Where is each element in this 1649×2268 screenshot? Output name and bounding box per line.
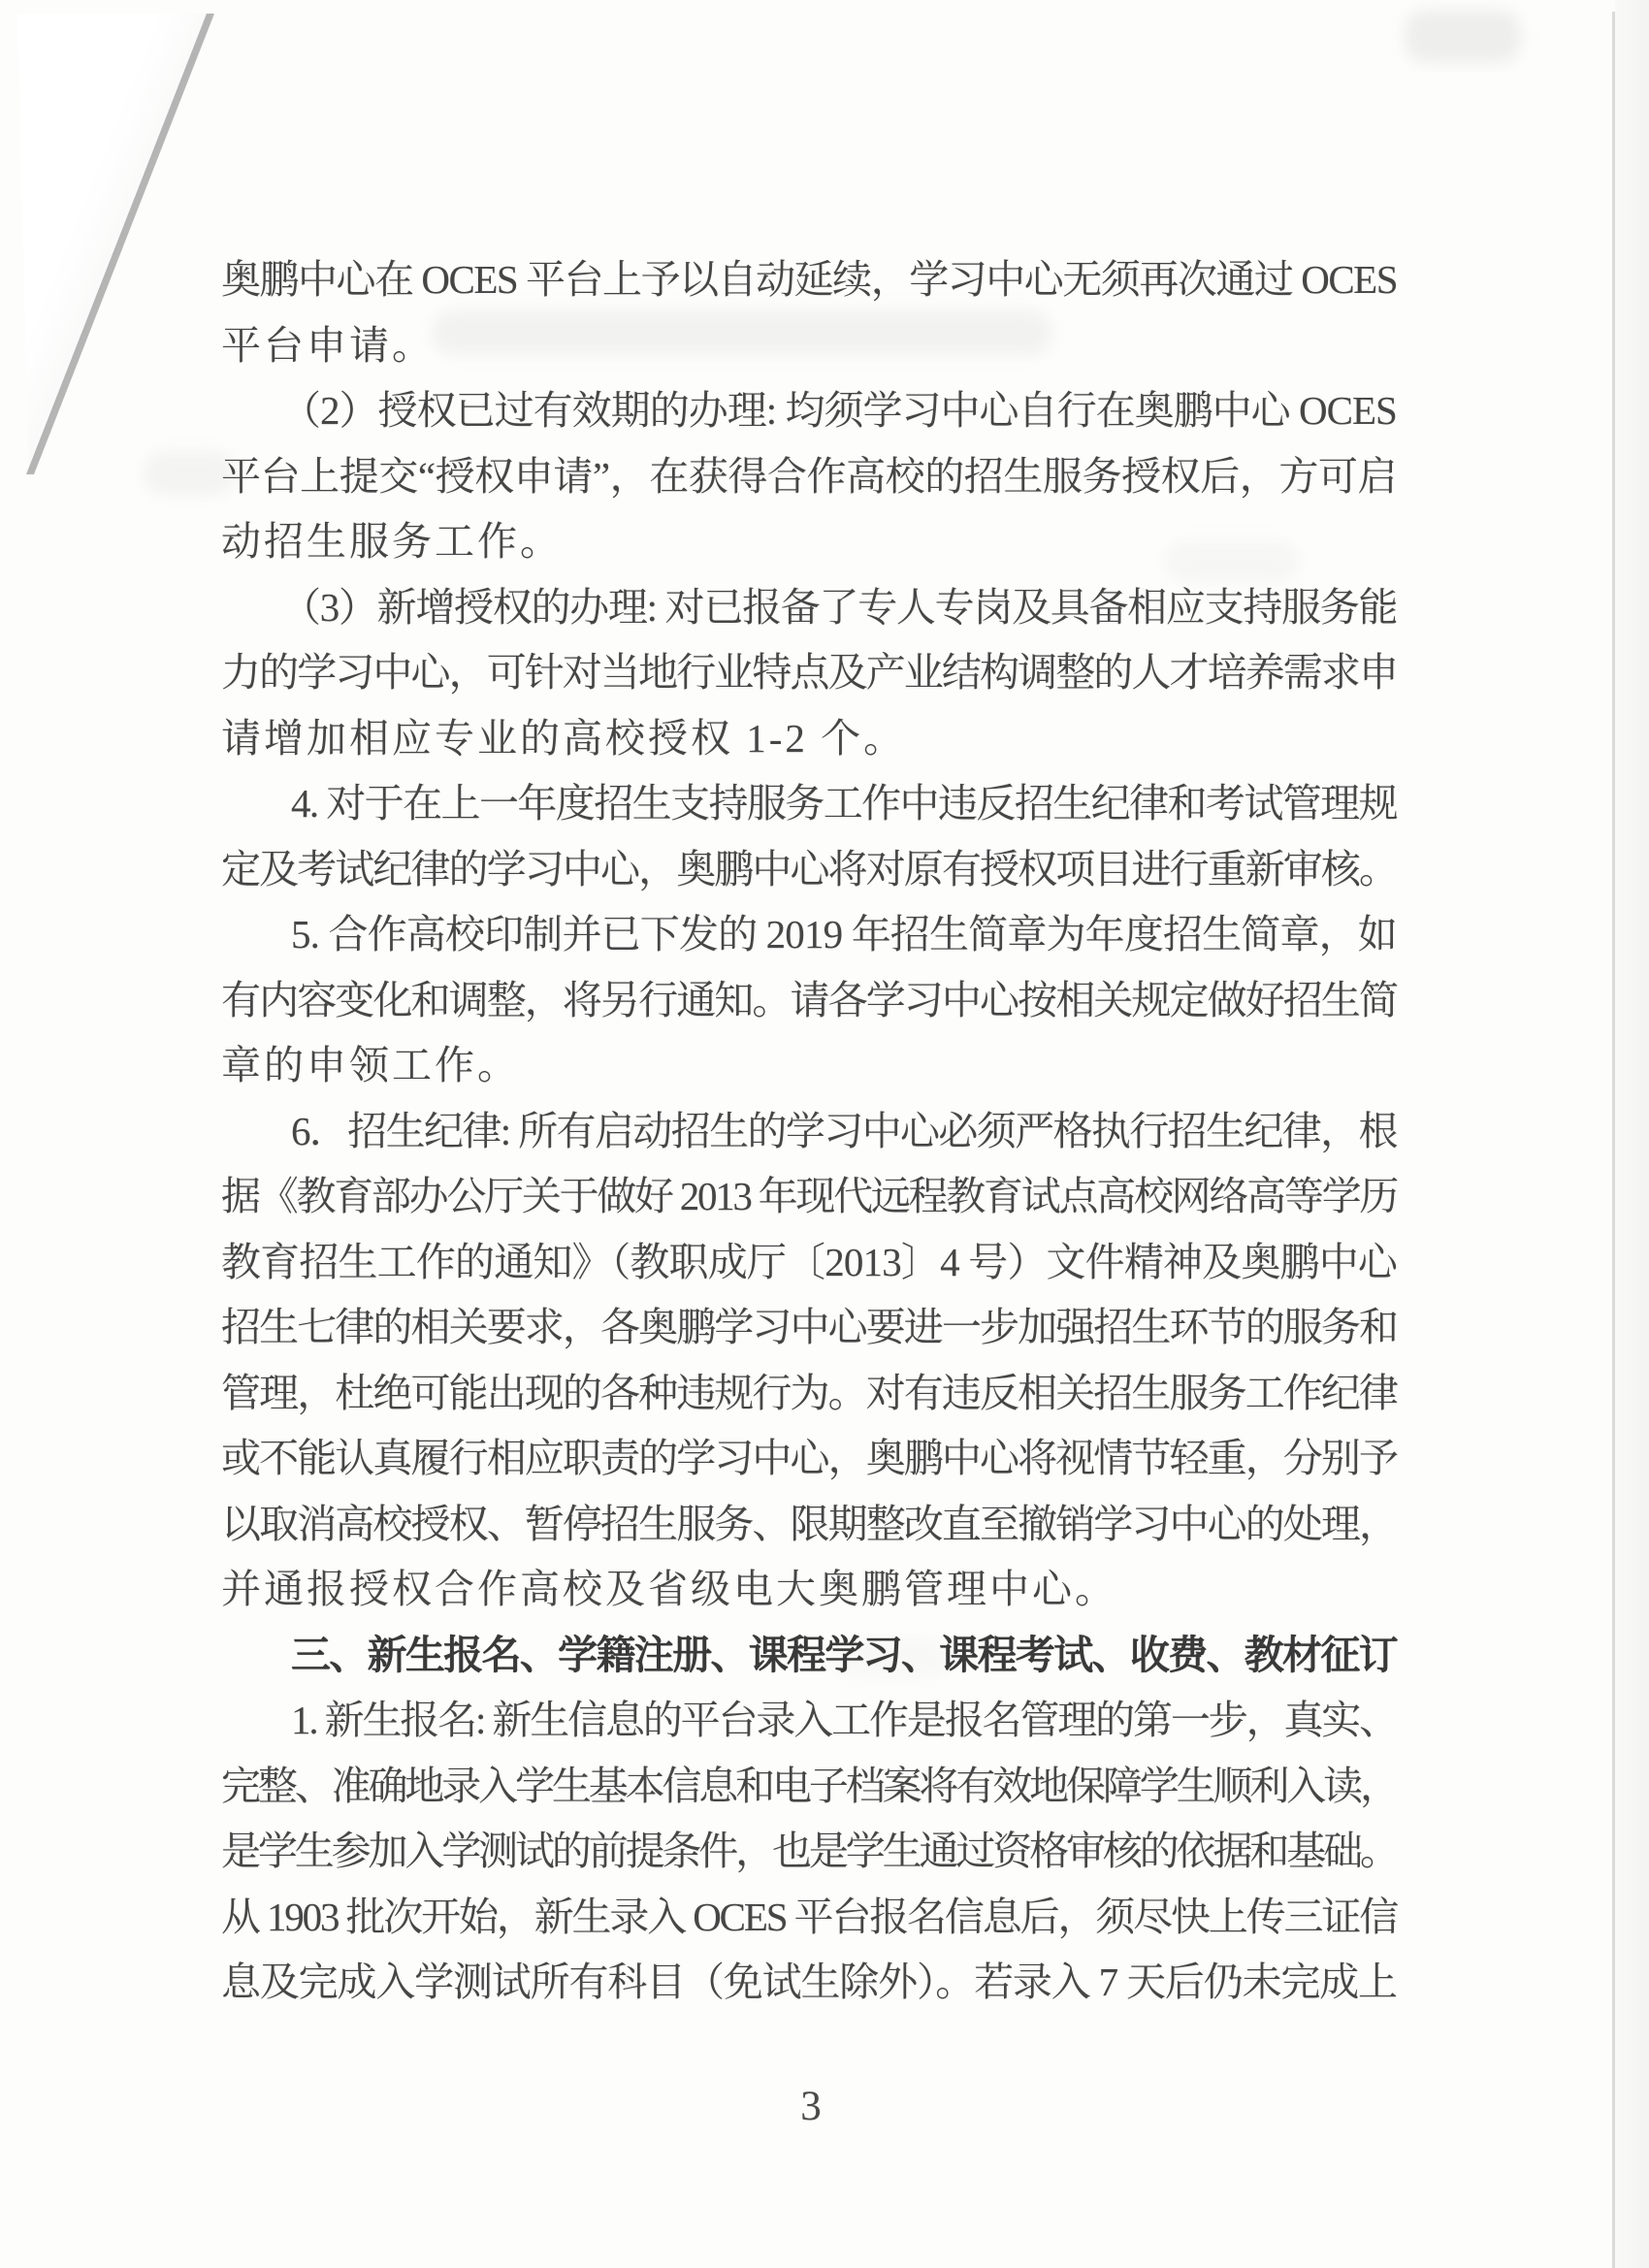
text-line-content: 并通报授权合作高校及省级电大奥鹏管理中心。 xyxy=(221,1567,1117,1611)
text-line-content: 平台申请。 xyxy=(221,323,435,368)
text-line-content: 有内容变化和调整，将另行通知。请各学习中心按相关规定做好招生简 xyxy=(221,978,1397,1022)
text-line: 招生七律的相关要求，各奥鹏学习中心要进一步加强招生环节的服务和 xyxy=(221,1295,1397,1361)
text-line-content: 完整、准确地录入学生基本信息和电子档案将有效地保障学生顺利入读， xyxy=(221,1764,1397,1808)
text-line: 教育招生工作的通知》（教职成厅〔2013〕4 号）文件精神及奥鹏中心 xyxy=(221,1230,1397,1296)
text-line: 是学生参加入学测试的前提条件，也是学生通过资格审核的依据和基础。 xyxy=(221,1819,1397,1885)
document-text-block: 奥鹏中心在 OCES 平台上予以自动延续，学习中心无须再次通过 OCES平台申请… xyxy=(221,247,1397,2016)
text-line: 管理，杜绝可能出现的各种违规行为。对有违反相关招生服务工作纪律 xyxy=(221,1361,1397,1427)
text-line: 奥鹏中心在 OCES 平台上予以自动延续，学习中心无须再次通过 OCES xyxy=(221,247,1397,313)
text-line-content: （3）新增授权的办理: 对已报备了专人专岗及具备相应支持服务能 xyxy=(281,585,1397,630)
text-line-content: 教育招生工作的通知》（教职成厅〔2013〕4 号）文件精神及奥鹏中心 xyxy=(221,1240,1397,1284)
text-line-content: 平台上提交“授权申请”，在获得合作高校的招生服务授权后，方可启 xyxy=(221,454,1397,499)
text-line: 请增加相应专业的高校授权 1-2 个。 xyxy=(221,706,1397,772)
text-line-content: 从 1903 批次开始，新生录入 OCES 平台报名信息后，须尽快上传三证信 xyxy=(221,1895,1397,1939)
text-line-content: 动招生服务工作。 xyxy=(221,519,563,564)
text-line: （2）授权已过有效期的办理: 均须学习中心自行在奥鹏中心 OCES xyxy=(221,378,1397,444)
text-line: 5. 合作高校印制并已下发的 2019 年招生简章为年度招生简章，如 xyxy=(221,902,1397,968)
text-line: 4. 对于在上一年度招生支持服务工作中违反招生纪律和考试管理规 xyxy=(221,771,1397,837)
text-line: 1. 新生报名: 新生信息的平台录入工作是报名管理的第一步，真实、 xyxy=(221,1688,1397,1754)
text-line: 以取消高校授权、暂停招生服务、限期整改直至撤销学习中心的处理， xyxy=(221,1492,1397,1558)
text-line-content: 请增加相应专业的高校授权 1-2 个。 xyxy=(221,716,906,761)
text-line: 或不能认真履行相应职责的学习中心，奥鹏中心将视情节轻重，分别予 xyxy=(221,1426,1397,1492)
text-line-content: 管理，杜绝可能出现的各种违规行为。对有违反相关招生服务工作纪律 xyxy=(221,1371,1397,1415)
text-line-content: 章的申领工作。 xyxy=(221,1043,520,1087)
scanner-line-artifact xyxy=(1612,12,1615,2268)
text-line: 平台上提交“授权申请”，在获得合作高校的招生服务授权后，方可启 xyxy=(221,444,1397,510)
scanned-document-page: 奥鹏中心在 OCES 平台上予以自动延续，学习中心无须再次通过 OCES平台申请… xyxy=(0,0,1649,2268)
text-line: 力的学习中心，可针对当地行业特点及产业结构调整的人才培养需求申 xyxy=(221,640,1397,706)
text-line: 并通报授权合作高校及省级电大奥鹏管理中心。 xyxy=(221,1557,1397,1623)
text-line: 平台申请。 xyxy=(221,313,1397,379)
scanner-edge-shading xyxy=(1615,0,1649,2268)
ink-bleed-smudge xyxy=(1405,10,1521,63)
section-heading-line: 三、新生报名、学籍注册、课程学习、课程考试、收费、教材征订 xyxy=(221,1623,1397,1689)
text-line-content: 5. 合作高校印制并已下发的 2019 年招生简章为年度招生简章，如 xyxy=(291,912,1397,956)
text-line-content: 是学生参加入学测试的前提条件，也是学生通过资格审核的依据和基础。 xyxy=(221,1829,1397,1873)
text-line-content: 6．招生纪律: 所有启动招生的学习中心必须严格执行招生纪律，根 xyxy=(291,1109,1397,1153)
text-line-content: 息及完成入学测试所有科目（免试生除外）。若录入 7 天后仍未完成上 xyxy=(221,1960,1397,2004)
text-line: 据《教育部办公厅关于做好 2013 年现代远程教育试点高校网络高等学历 xyxy=(221,1164,1397,1230)
text-line-content: 或不能认真履行相应职责的学习中心，奥鹏中心将视情节轻重，分别予 xyxy=(221,1436,1397,1480)
text-line: 动招生服务工作。 xyxy=(221,509,1397,575)
text-line-content: 据《教育部办公厅关于做好 2013 年现代远程教育试点高校网络高等学历 xyxy=(221,1174,1397,1218)
text-line: 章的申领工作。 xyxy=(221,1033,1397,1099)
text-line: 完整、准确地录入学生基本信息和电子档案将有效地保障学生顺利入读， xyxy=(221,1754,1397,1820)
text-line: 定及考试纪律的学习中心，奥鹏中心将对原有授权项目进行重新审核。 xyxy=(221,837,1397,903)
text-line: 6．招生纪律: 所有启动招生的学习中心必须严格执行招生纪律，根 xyxy=(221,1099,1397,1165)
text-line: 息及完成入学测试所有科目（免试生除外）。若录入 7 天后仍未完成上 xyxy=(221,1950,1397,2016)
text-line-content: 定及考试纪律的学习中心，奥鹏中心将对原有授权项目进行重新审核。 xyxy=(221,847,1397,891)
page-number: 3 xyxy=(774,2083,848,2130)
text-line: 有内容变化和调整，将另行通知。请各学习中心按相关规定做好招生简 xyxy=(221,968,1397,1034)
text-line-content: 1. 新生报名: 新生信息的平台录入工作是报名管理的第一步，真实、 xyxy=(291,1698,1397,1742)
text-line-content: 招生七律的相关要求，各奥鹏学习中心要进一步加强招生环节的服务和 xyxy=(221,1305,1397,1349)
text-line: （3）新增授权的办理: 对已报备了专人专岗及具备相应支持服务能 xyxy=(221,575,1397,641)
page-curl-artifact xyxy=(0,0,233,485)
text-line-content: 三、新生报名、学籍注册、课程学习、课程考试、收费、教材征订 xyxy=(291,1633,1397,1677)
text-line-content: （2）授权已过有效期的办理: 均须学习中心自行在奥鹏中心 OCES xyxy=(281,388,1397,433)
text-line-content: 以取消高校授权、暂停招生服务、限期整改直至撤销学习中心的处理， xyxy=(221,1502,1397,1546)
text-line-content: 4. 对于在上一年度招生支持服务工作中违反招生纪律和考试管理规 xyxy=(291,781,1397,826)
text-line-content: 奥鹏中心在 OCES 平台上予以自动延续，学习中心无须再次通过 OCES xyxy=(221,257,1397,302)
text-line: 从 1903 批次开始，新生录入 OCES 平台报名信息后，须尽快上传三证信 xyxy=(221,1885,1397,1951)
text-line-content: 力的学习中心，可针对当地行业特点及产业结构调整的人才培养需求申 xyxy=(221,650,1397,695)
